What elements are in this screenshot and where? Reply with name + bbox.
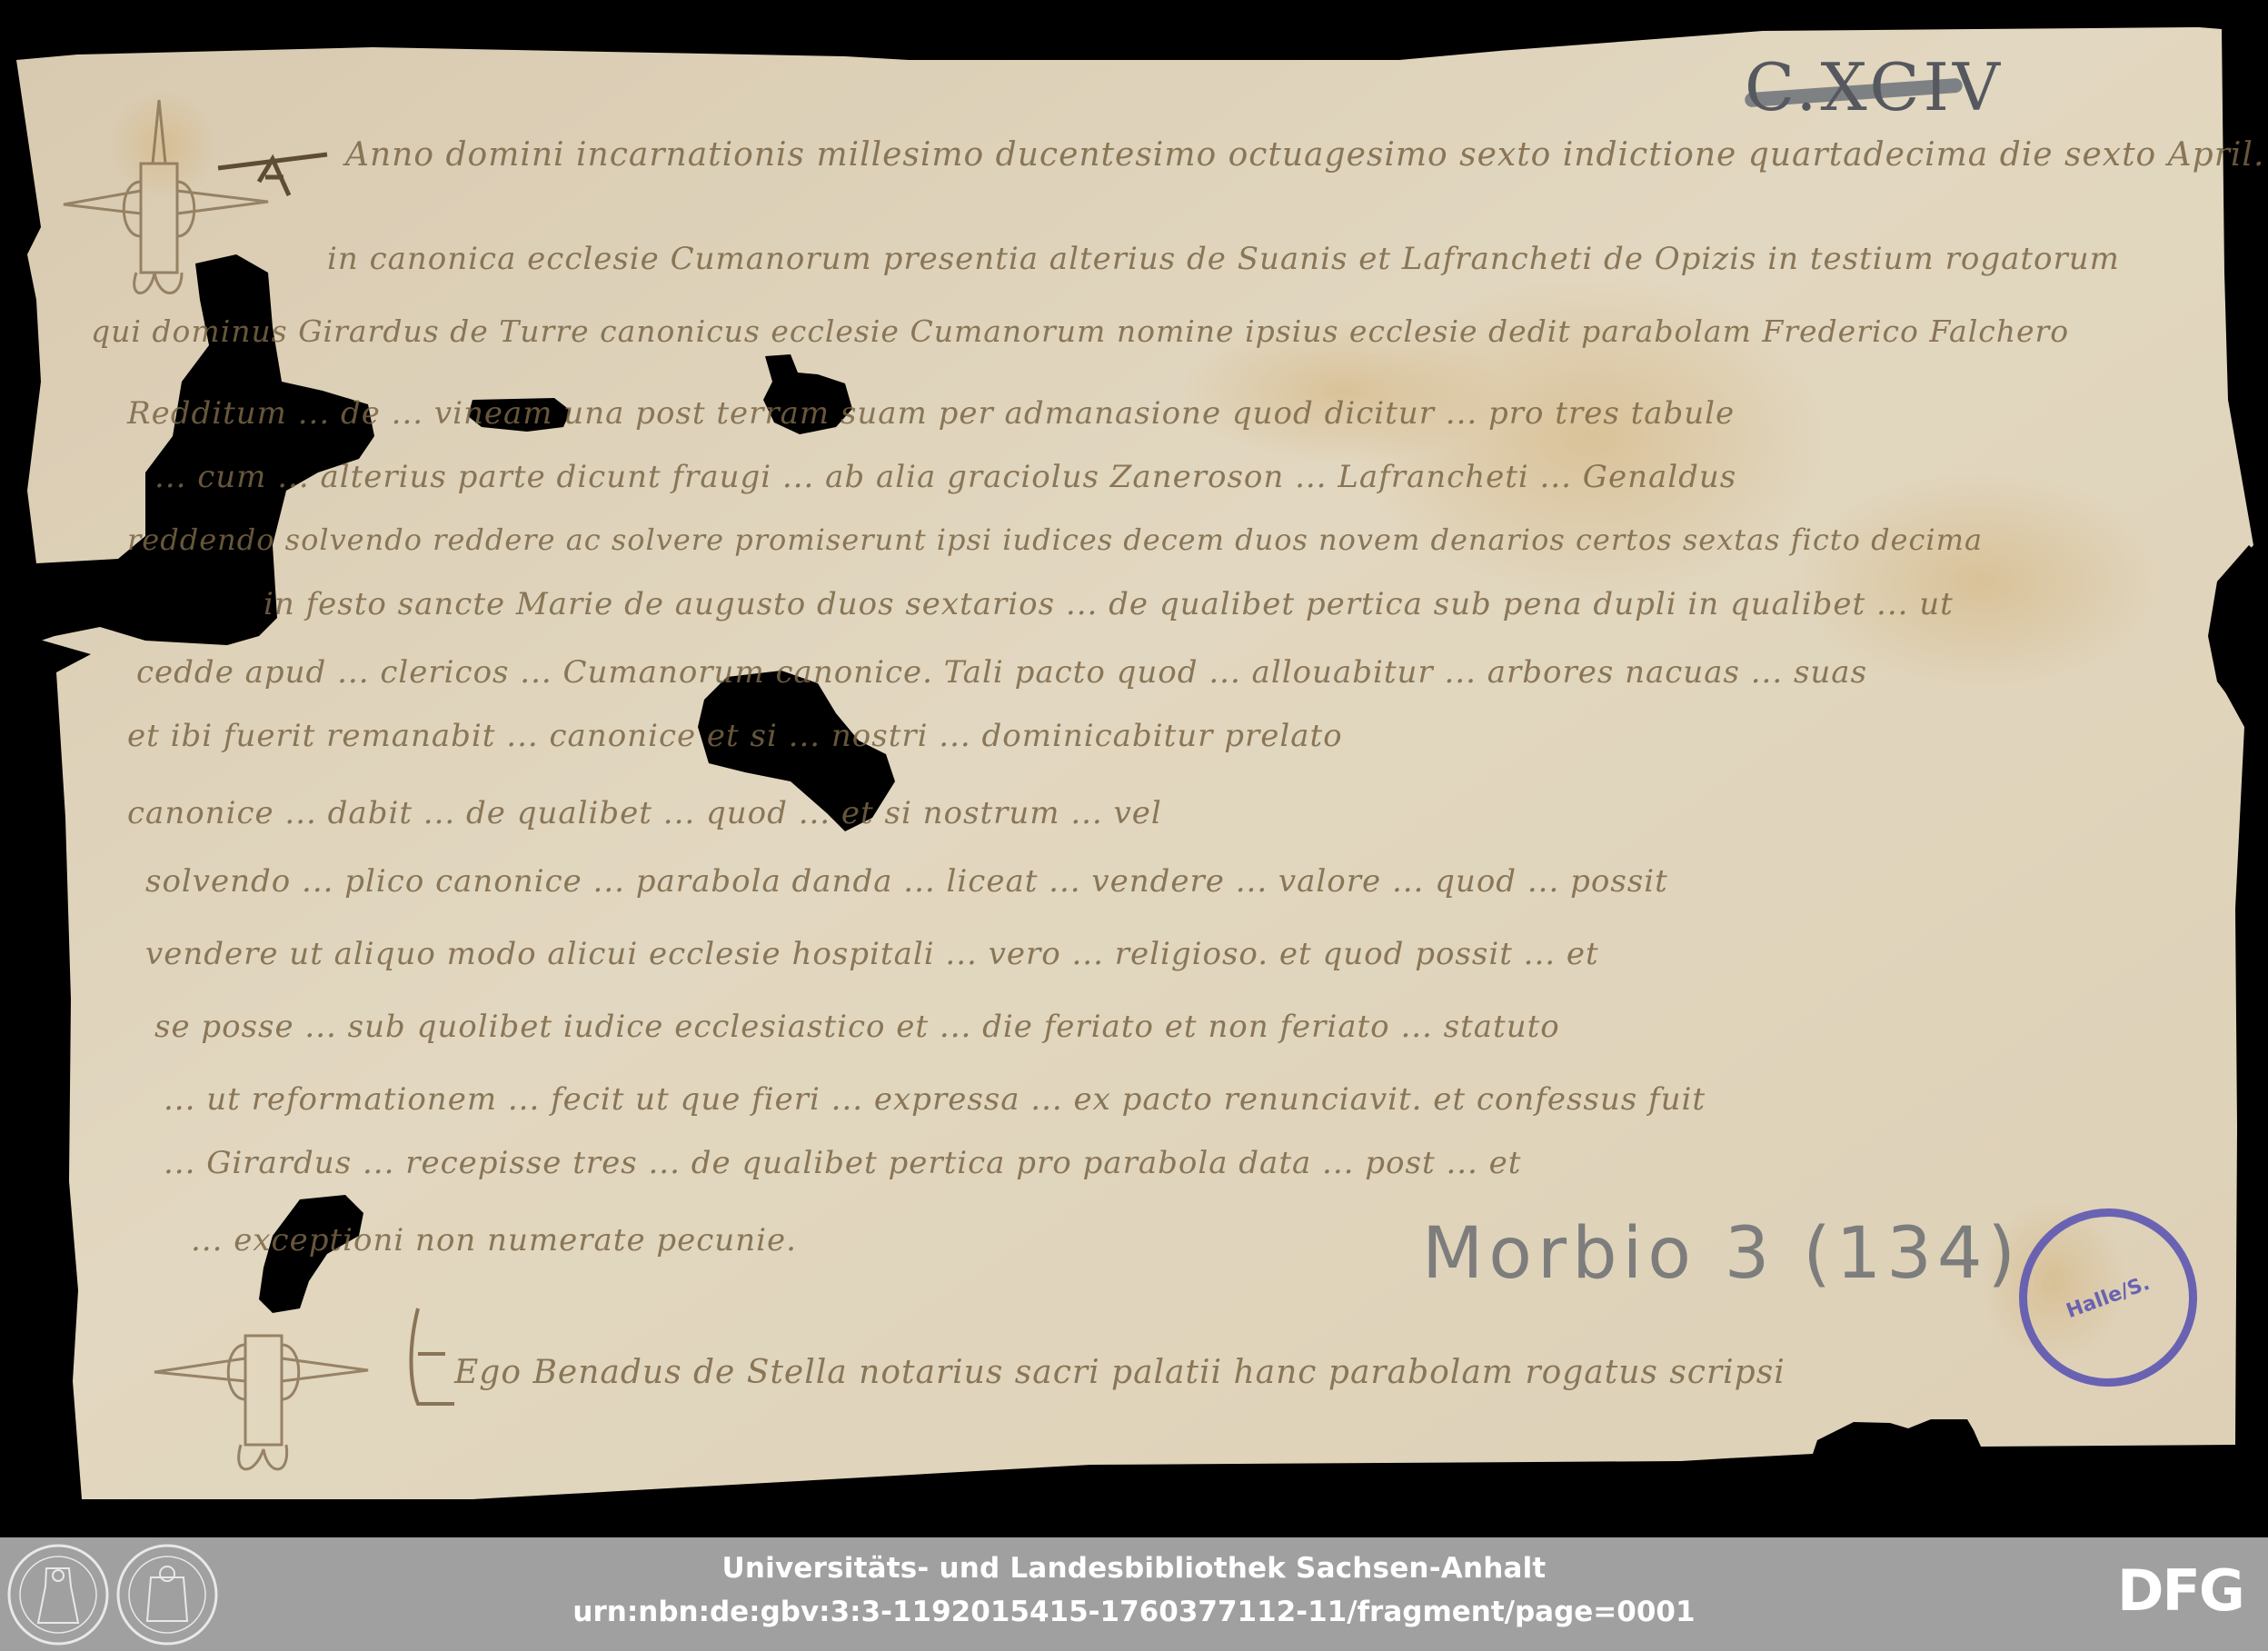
script-line-2: in canonica ecclesie Cumanorum presentia… <box>327 241 2120 277</box>
script-line-6: reddendo solvendo reddere ac solvere pro… <box>127 522 1983 557</box>
script-line-8: cedde apud ... clericos ... Cumanorum ca… <box>136 654 1867 691</box>
institution-name: Universitäts- und Landesbibliothek Sachs… <box>0 1552 2268 1585</box>
script-line-15: ... Girardus ... recepisse tres ... de q… <box>164 1145 1521 1181</box>
script-line-16: ... exceptioni non numerate pecunie. <box>191 1222 797 1258</box>
script-line-11: solvendo ... plico canonice ... parabola… <box>145 863 1668 900</box>
parchment-image <box>0 0 2268 1537</box>
script-line-14: ... ut reformationem ... fecit ut que fi… <box>164 1081 1706 1118</box>
script-line-13: se posse ... sub quolibet iudice ecclesi… <box>154 1009 1560 1045</box>
shelfmark-top: C.XCIV <box>1745 49 2004 125</box>
script-line-1: Anno domini incarnationis millesimo duce… <box>345 136 2264 174</box>
stamp-center-text: Halle/S. <box>2064 1272 2153 1323</box>
script-line-10: canonice ... dabit ... de qualibet ... q… <box>127 795 1162 831</box>
notary-subscription: Ego Benadus de Stella notarius sacri pal… <box>454 1354 1786 1391</box>
pencil-shelf-note: Morbio 3 (134) <box>1422 1213 2021 1295</box>
dfg-logo-icon: DFG <box>2117 1557 2243 1624</box>
urn-link[interactable]: urn:nbn:de:gbv:3:3-1192015415-1760377112… <box>0 1596 2268 1628</box>
script-line-9: et ibi fuerit remanabit ... canonice et … <box>127 718 1343 754</box>
script-line-4: Redditum ... de ... vineam una post terr… <box>127 395 1735 432</box>
footer-bar: Universitäts- und Landesbibliothek Sachs… <box>0 1537 2268 1651</box>
script-line-5: ... cum ... alterius parte dicunt fraugi… <box>154 459 1736 495</box>
script-line-7: in festo sancte Marie de augusto duos se… <box>264 586 1954 622</box>
document-viewer: Anno domini incarnationis millesimo duce… <box>0 0 2268 1537</box>
script-line-12: vendere ut aliquo modo alicui ecclesie h… <box>145 936 1599 972</box>
script-line-3: qui dominus Girardus de Turre canonicus … <box>91 313 2069 349</box>
